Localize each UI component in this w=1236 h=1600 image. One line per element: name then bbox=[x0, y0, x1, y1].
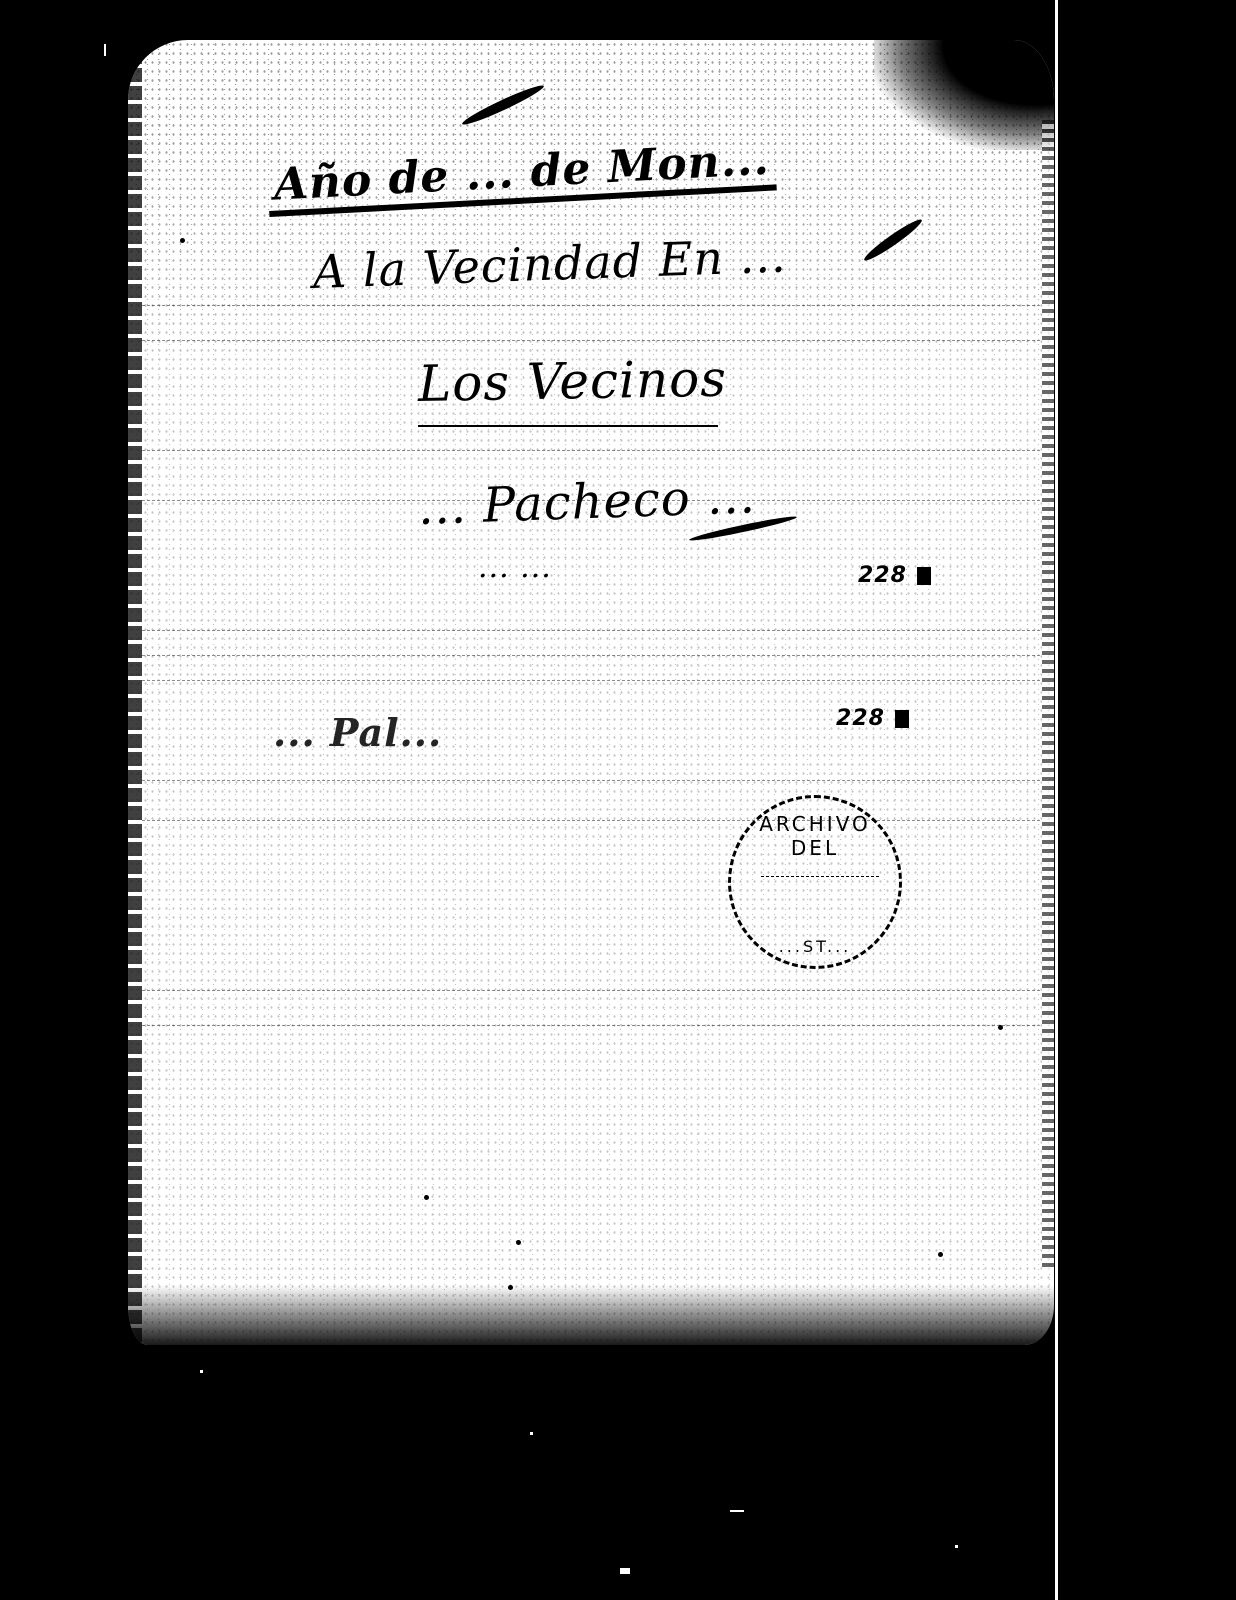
ruled-line bbox=[142, 630, 1040, 631]
stained-corner bbox=[874, 40, 1054, 150]
ruled-line bbox=[142, 780, 1040, 781]
ruled-line bbox=[142, 450, 1040, 451]
ink-speck bbox=[998, 1025, 1003, 1030]
folio-number: 228 bbox=[836, 706, 885, 731]
handwritten-signature: ... Pacheco ... bbox=[417, 468, 757, 536]
handwritten-line: ... ... bbox=[478, 550, 552, 585]
scan-dust bbox=[620, 1568, 630, 1574]
archive-seal: ARCHIVO DEL ...ST... bbox=[728, 795, 902, 969]
seal-text-bottom: ...ST... bbox=[731, 937, 899, 956]
stamp-block-icon bbox=[917, 567, 931, 585]
ink-speck bbox=[938, 1252, 943, 1257]
ruled-line bbox=[142, 990, 1040, 991]
scan-tick-mark bbox=[104, 44, 106, 56]
ink-speck bbox=[424, 1195, 429, 1200]
folio-number-stamp: 228 bbox=[836, 706, 909, 731]
folio-number-stamp: 228 bbox=[858, 563, 931, 588]
folio-number: 228 bbox=[858, 563, 907, 588]
handwritten-line: Los Vecinos bbox=[417, 350, 727, 413]
scan-dust bbox=[200, 1370, 203, 1373]
scan-dust bbox=[955, 1545, 958, 1548]
ink-speck bbox=[516, 1240, 521, 1245]
scan-dust bbox=[730, 1510, 744, 1512]
ruled-line bbox=[142, 820, 1040, 821]
ruled-line bbox=[142, 1025, 1040, 1026]
scan-dust bbox=[530, 1432, 533, 1435]
underline-rule bbox=[418, 425, 718, 427]
scan-background: Año de ... de Mon... A la Vecindad En ..… bbox=[0, 0, 1236, 1600]
ruled-line bbox=[142, 655, 1040, 656]
ruled-line bbox=[142, 305, 1040, 306]
ruled-line bbox=[142, 680, 1040, 681]
stamp-block-icon bbox=[895, 710, 909, 728]
handwritten-line-faded: ... Pal... bbox=[273, 710, 442, 755]
left-worn-edge bbox=[128, 40, 142, 1345]
right-worn-edge bbox=[1042, 120, 1054, 1270]
manuscript-page: Año de ... de Mon... A la Vecindad En ..… bbox=[128, 40, 1054, 1345]
seal-text-top: ARCHIVO DEL bbox=[731, 812, 899, 860]
scan-edge-rule bbox=[1055, 0, 1058, 1600]
ruled-line bbox=[142, 340, 1040, 341]
seal-inner-line bbox=[761, 876, 879, 877]
ink-speck bbox=[180, 238, 185, 243]
torn-bottom-edge bbox=[128, 1285, 1054, 1345]
